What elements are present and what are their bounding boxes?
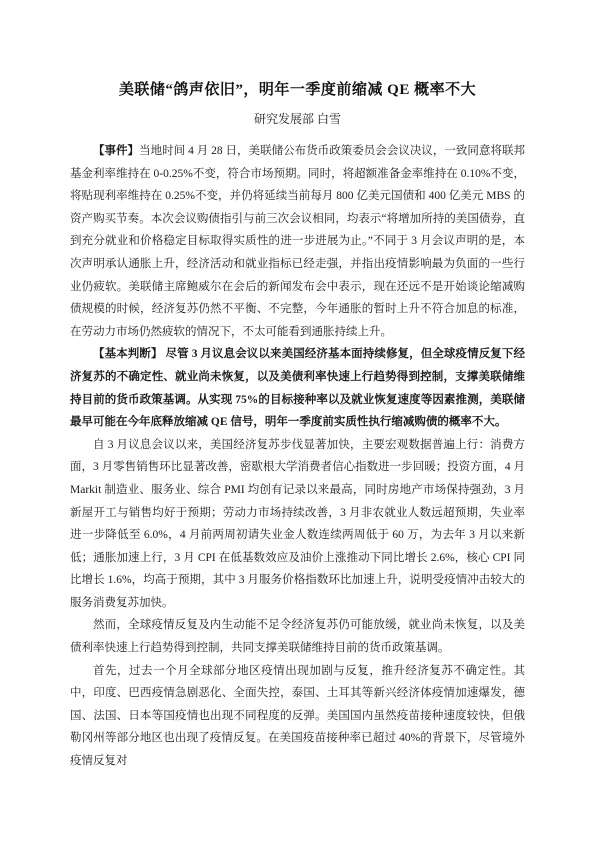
paragraph-text: 自 3 月议息会议以来，美国经济复苏步伐显著加快，主要宏观数据普遍上行：消费方面…	[70, 439, 525, 609]
paragraph-first-point: 首先，过去一个月全球部分地区疫情出现加剧与反复，推升经济复苏不确定性。其中，印度…	[70, 660, 525, 773]
judgement-label: 【基本判断】	[93, 348, 163, 360]
paragraph-however: 然而，全球疫情反复及内生动能不足令经济复苏仍可能放缓，就业尚未恢复，以及美债利率…	[70, 614, 525, 659]
document-body: 【事件】当地时间 4 月 28 日，美联储公布货币政策委员会会议决议，一致同意将…	[70, 140, 525, 773]
byline: 研究发展部 白雪	[70, 111, 525, 127]
document-page: 美联储“鸽声依旧”，明年一季度前缩减 QE 概率不大 研究发展部 白雪 【事件】…	[0, 0, 595, 842]
paragraph-event: 【事件】当地时间 4 月 28 日，美联储公布货币政策委员会会议决议，一致同意将…	[70, 140, 525, 343]
paragraph-economy-recovery: 自 3 月议息会议以来，美国经济复苏步伐显著加快，主要宏观数据普遍上行：消费方面…	[70, 434, 525, 615]
event-label: 【事件】	[93, 145, 139, 157]
paragraph-text: 首先，过去一个月全球部分地区疫情出现加剧与反复，推升经济复苏不确定性。其中，印度…	[70, 665, 525, 767]
page-title: 美联储“鸽声依旧”，明年一季度前缩减 QE 概率不大	[70, 80, 525, 100]
paragraph-judgement: 【基本判断】 尽管 3 月议息会议以来美国经济基本面持续修复，但全球疫情反复下经…	[70, 343, 525, 433]
paragraph-text: 当地时间 4 月 28 日，美联储公布货币政策委员会会议决议，一致同意将联邦基金…	[70, 145, 525, 338]
document-content: 美联储“鸽声依旧”，明年一季度前缩减 QE 概率不大 研究发展部 白雪 【事件】…	[70, 0, 525, 773]
paragraph-text: 然而，全球疫情反复及内生动能不足令经济复苏仍可能放缓，就业尚未恢复，以及美债利率…	[70, 619, 525, 654]
